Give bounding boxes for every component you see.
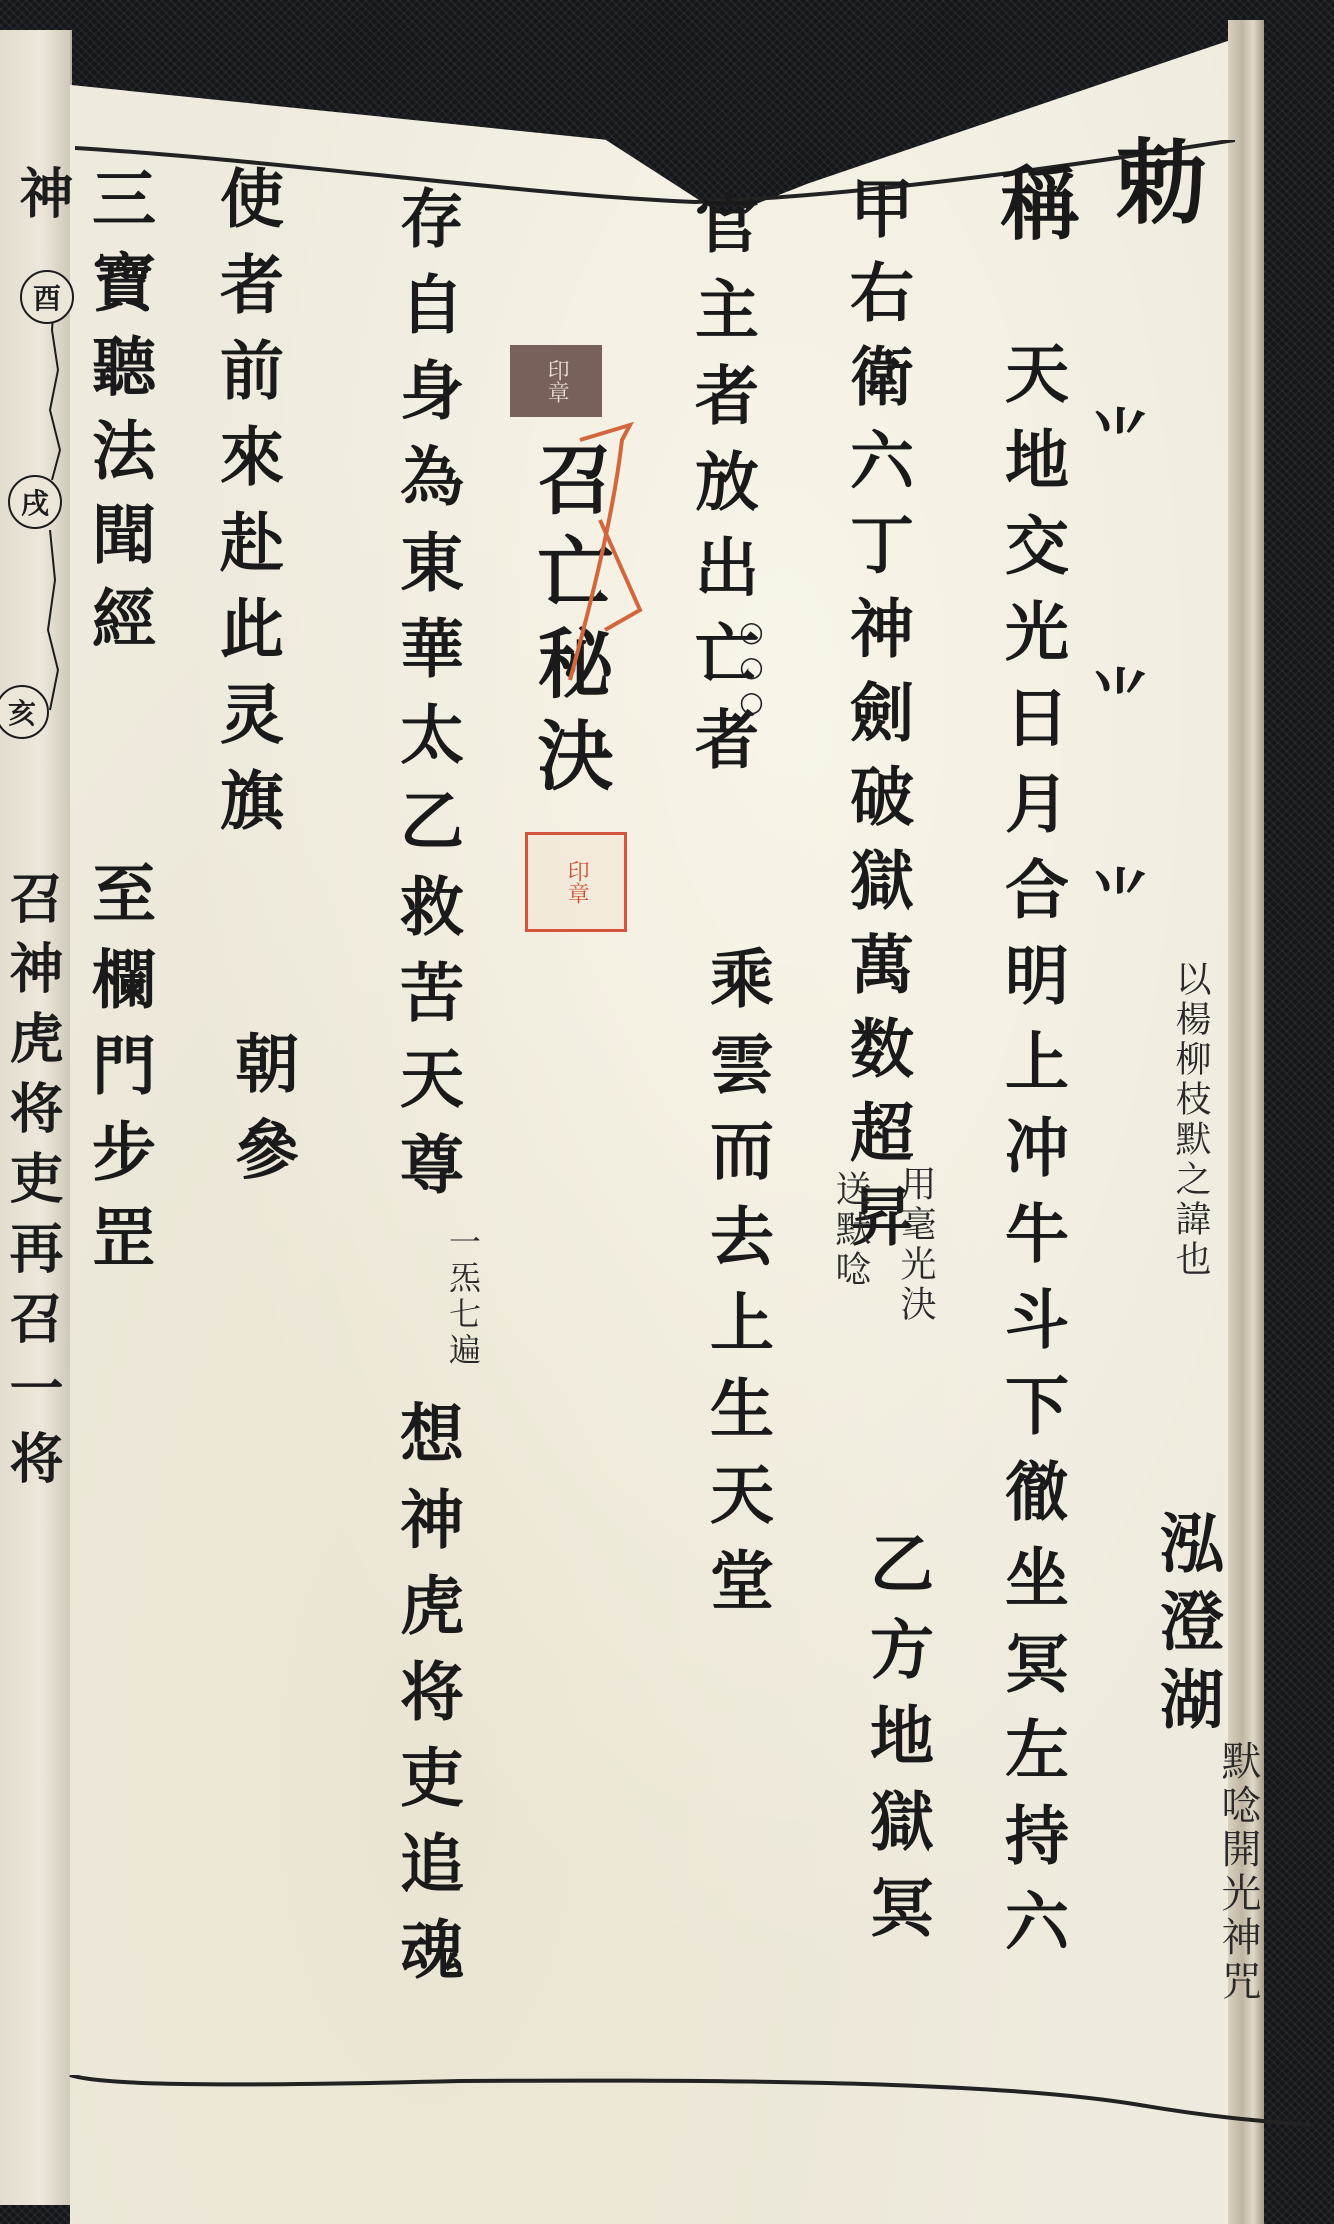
note-recite-mantra: 默唸開光神咒 xyxy=(1210,1740,1267,2004)
title-glyph-chi: 勅 xyxy=(1115,110,1207,242)
column-5-text: 存自身為東華太乙救苦天尊 xyxy=(380,185,472,1217)
zodiac-node-xu: 戌 xyxy=(8,475,62,529)
column-2-annotation-left: 送默唸 xyxy=(825,1170,876,1290)
talisman-mark-icon: ⺌ xyxy=(1090,390,1150,476)
left-page-text: 召神虎将吏再召一将 xyxy=(0,870,72,1500)
invocation-text: 泓澄湖 xyxy=(1140,1510,1232,1744)
column-7-text-tail: 至欄門步罡 xyxy=(72,860,164,1290)
column-3-text-tail: 乘雲而去上生天堂 xyxy=(690,945,782,1633)
talisman-mark-icon: ⺌ xyxy=(1090,650,1150,736)
red-annotation-stroke xyxy=(560,420,660,710)
note-willow-branch: 以楊柳枝默之諱也 xyxy=(1165,960,1216,1280)
column-2-text: 甲右衛六丁神劍破獄萬数超昇 xyxy=(830,175,922,1267)
seal-red: 印章 xyxy=(525,832,627,932)
column-5-annotation: 一炁七遍 xyxy=(440,1225,486,1369)
left-page-top-char: 神 xyxy=(5,165,82,239)
column-3-circle-marks: ○○○ xyxy=(735,615,768,720)
column-2-text-tail: 乙方地獄冥 xyxy=(850,1530,942,1960)
column-1-head-glyph: 稱 xyxy=(1000,140,1080,255)
column-2-annotation-right: 用毫光決 xyxy=(890,1165,941,1325)
column-7-text: 三寶聽法聞經 xyxy=(72,165,164,669)
column-6-text: 使者前來赴此灵旗 xyxy=(200,165,292,853)
seal-brown: 印章 xyxy=(510,345,602,417)
bottom-border-line xyxy=(60,2075,1310,2145)
column-1-text: 天地交光日月合明上冲牛斗下徹坐冥左持六 xyxy=(985,340,1077,1974)
column-6-text-tail: 朝參 xyxy=(215,1030,307,1202)
zodiac-node-you: 酉 xyxy=(20,270,74,324)
column-5-text-tail: 想神虎将吏追魂 xyxy=(380,1400,472,2002)
talisman-mark-icon: ⺌ xyxy=(1090,850,1150,936)
